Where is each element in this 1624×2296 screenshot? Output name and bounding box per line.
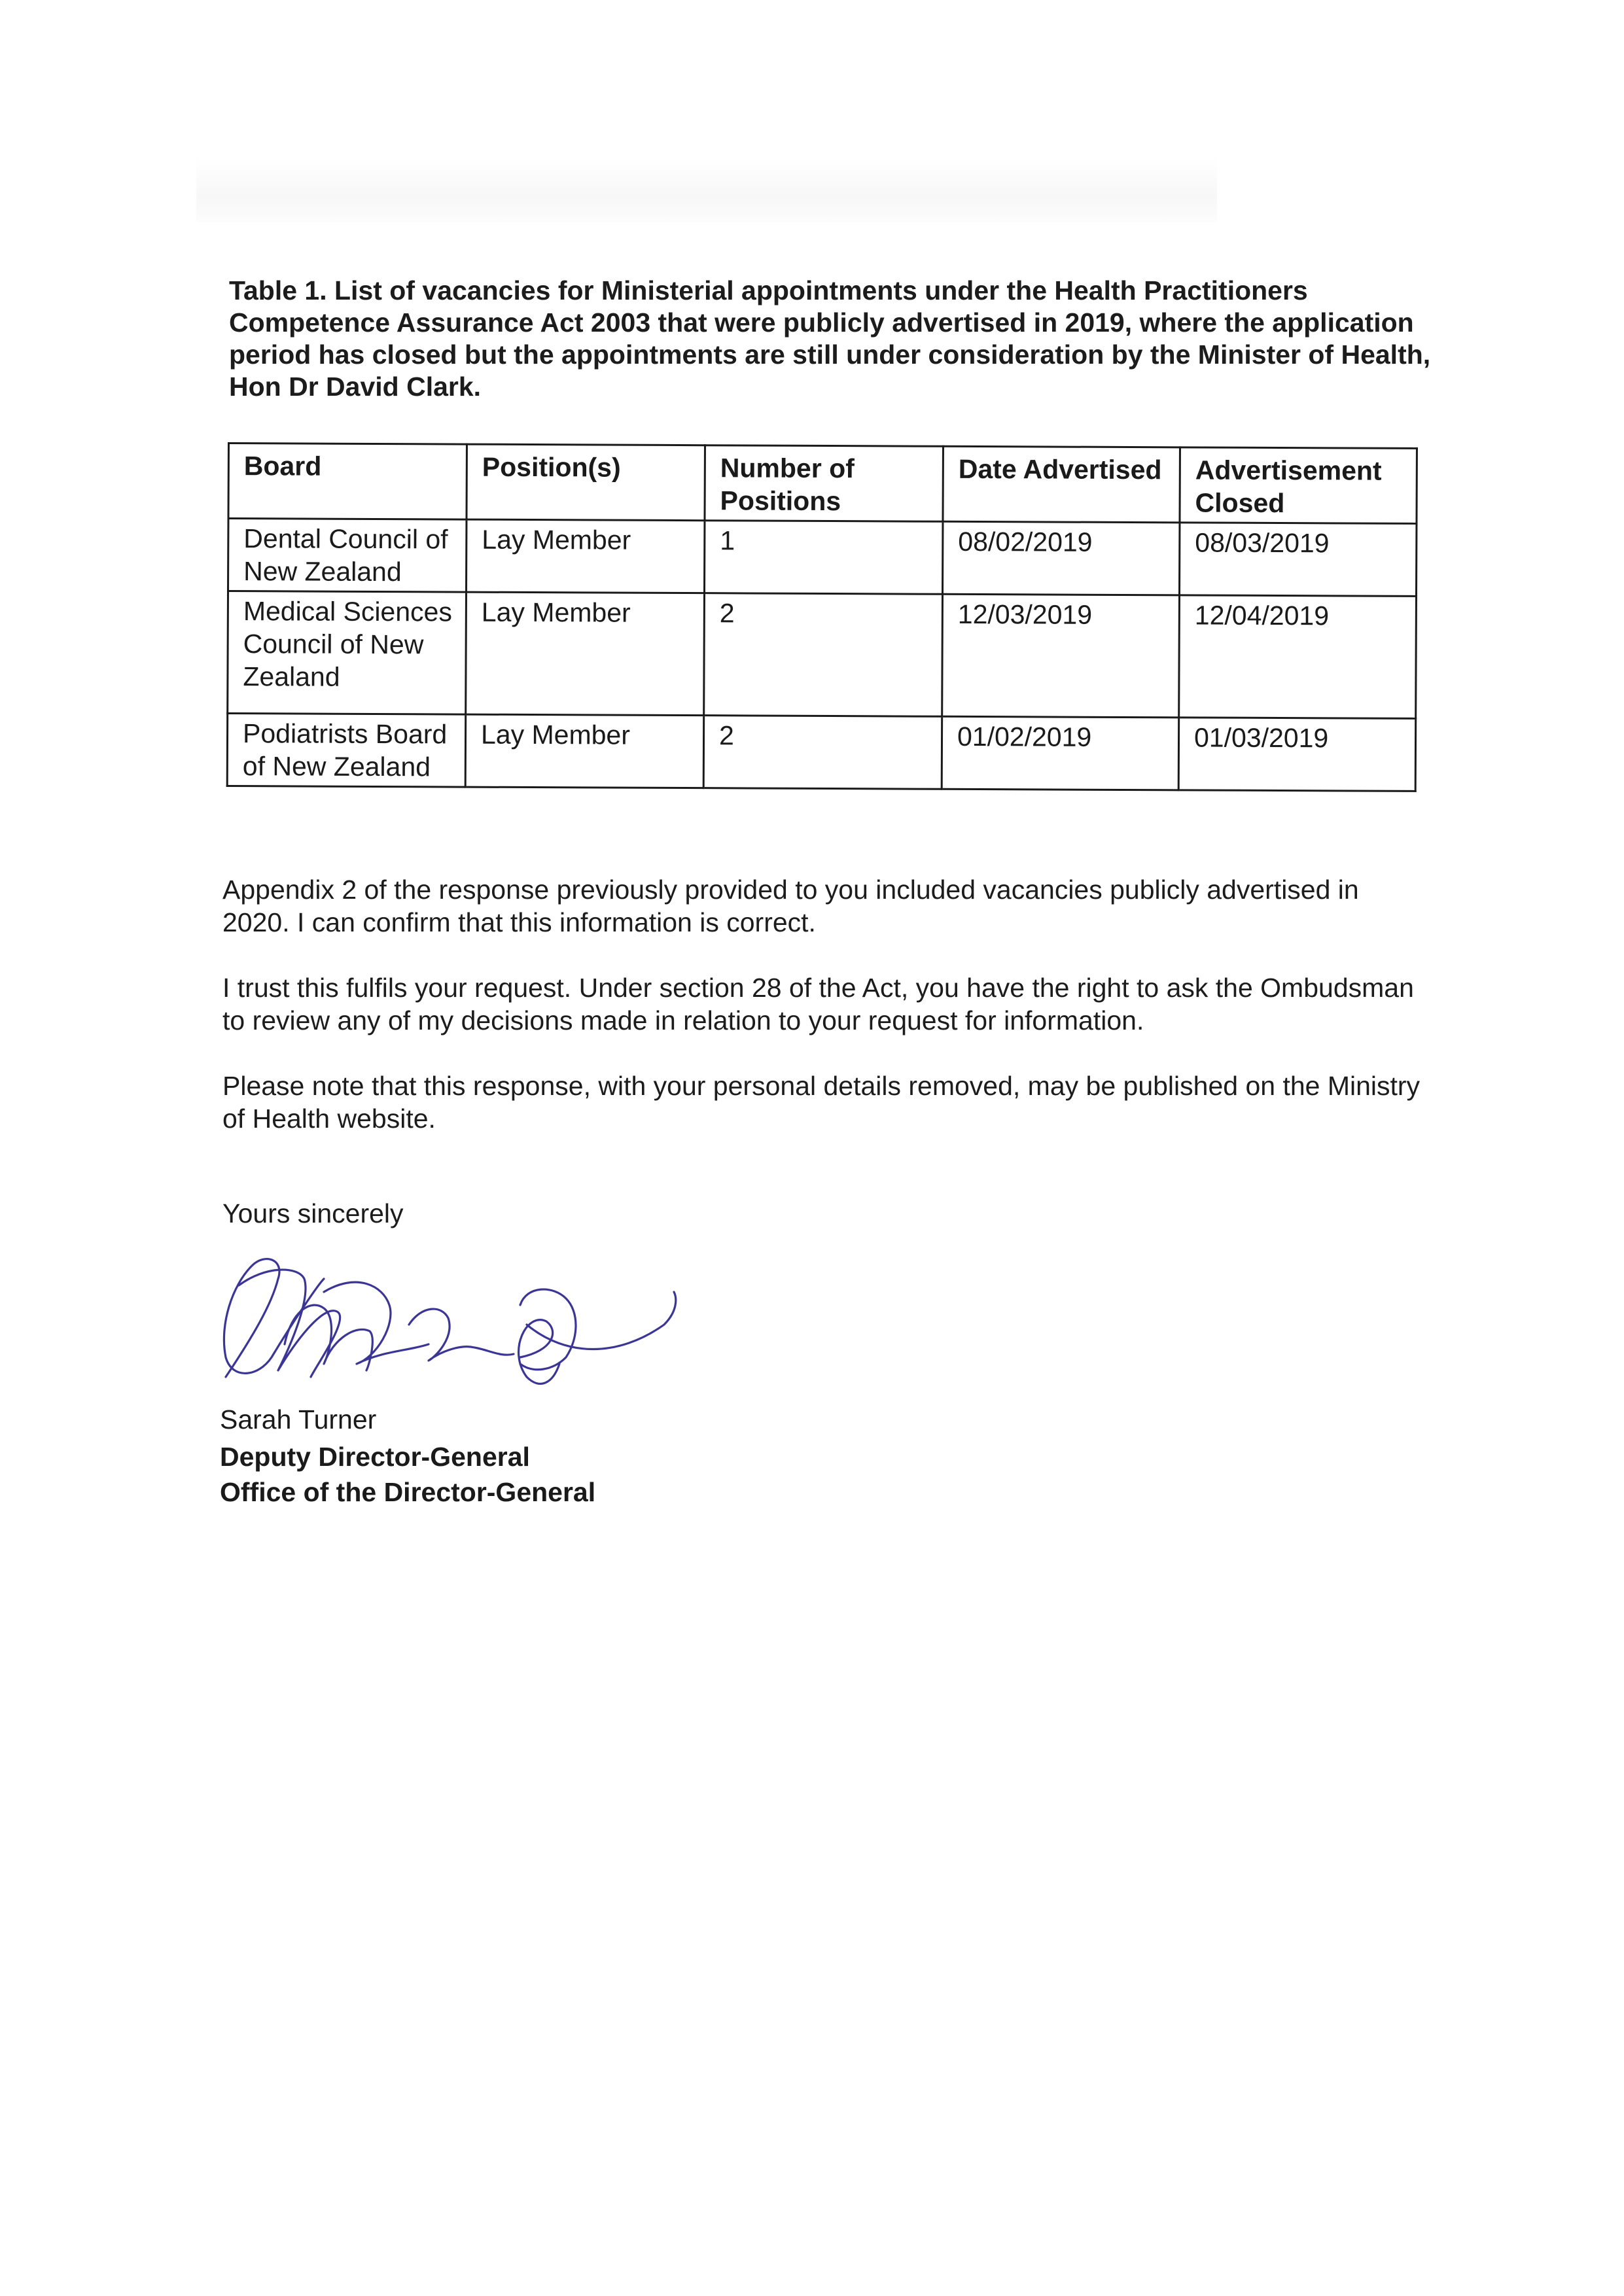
cell-date-advertised: 12/03/2019: [942, 594, 1180, 718]
cell-position: Lay Member: [467, 519, 705, 593]
header-advertisement-closed: Advertisement Closed: [1180, 447, 1417, 524]
table-caption: Table 1. List of vacancies for Ministeri…: [229, 275, 1433, 403]
cell-date-closed: 01/03/2019: [1178, 718, 1415, 791]
cell-date-advertised: 01/02/2019: [942, 716, 1178, 790]
signatory-name: Sarah Turner: [220, 1403, 376, 1436]
cell-board: Medical Sciences Council of New Zealand: [228, 591, 467, 715]
faded-redacted-header: [196, 157, 1217, 222]
header-date-advertised: Date Advertised: [943, 446, 1180, 523]
cell-board: Dental Council of New Zealand: [228, 519, 467, 593]
cell-position: Lay Member: [466, 592, 705, 716]
header-positions: Position(s): [467, 444, 705, 521]
header-board: Board: [228, 444, 467, 520]
cell-number: 2: [703, 716, 942, 790]
paragraph-ombudsman: I trust this fulfils your request. Under…: [222, 971, 1426, 1037]
signatory-title: Deputy Director-General: [220, 1439, 595, 1474]
paragraph-appendix: Appendix 2 of the response previously pr…: [222, 873, 1426, 939]
vacancies-table: Board Position(s) Number of Positions Da…: [226, 442, 1418, 792]
handwritten-signature: [213, 1246, 690, 1403]
cell-number: 1: [705, 521, 943, 595]
cell-number: 2: [704, 593, 943, 717]
signatory-block: Deputy Director-General Office of the Di…: [220, 1439, 595, 1510]
cell-position: Lay Member: [465, 714, 703, 788]
table-row: Podiatrists Board of New Zealand Lay Mem…: [227, 714, 1415, 791]
header-number-of-positions: Number of Positions: [705, 445, 943, 522]
closing-salutation: Yours sincerely: [222, 1197, 1426, 1230]
cell-date-closed: 12/04/2019: [1179, 595, 1417, 719]
table-row: Dental Council of New Zealand Lay Member…: [228, 519, 1417, 597]
table-row: Medical Sciences Council of New Zealand …: [228, 591, 1417, 719]
signatory-office: Office of the Director-General: [220, 1474, 595, 1510]
paragraph-publication: Please note that this response, with you…: [222, 1070, 1426, 1135]
cell-date-closed: 08/03/2019: [1179, 523, 1416, 597]
table-header-row: Board Position(s) Number of Positions Da…: [228, 444, 1417, 524]
cell-board: Podiatrists Board of New Zealand: [227, 714, 465, 788]
cell-date-advertised: 08/02/2019: [942, 521, 1179, 595]
